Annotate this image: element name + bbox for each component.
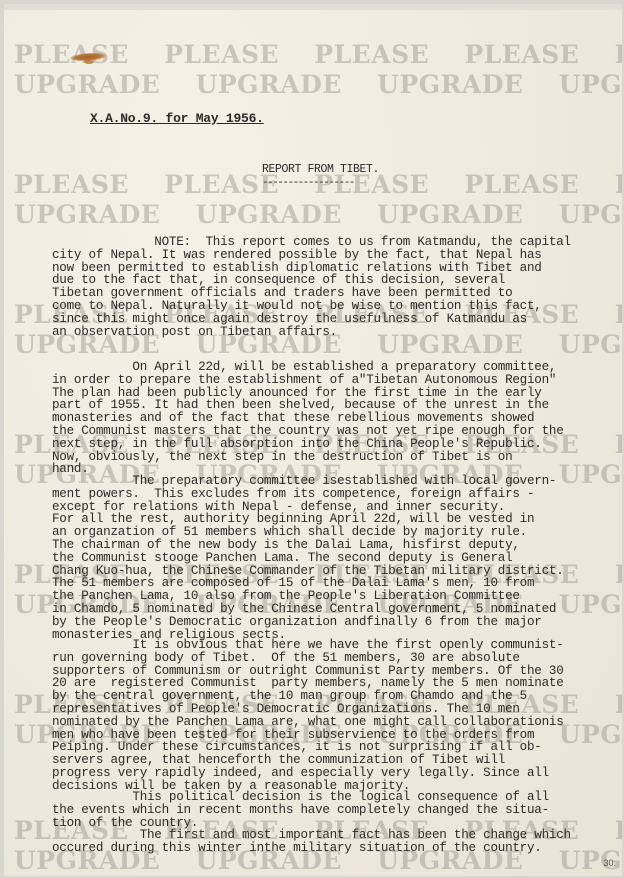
document-reference: X.A.No.9. for May 1956. <box>90 113 264 126</box>
text-line: This political decision is the logical c… <box>52 791 549 804</box>
watermark-line: UPGRADE UPGRADE UPGRADE UPGRADE UPGRADE <box>14 70 622 99</box>
paragraph-communist-run: It is obvious that here we have the firs… <box>52 639 564 793</box>
text-line: city of Nepal. It was rendered possible … <box>52 249 571 262</box>
paragraph-political-decision: This political decision is the logical c… <box>52 791 549 829</box>
text-line: the Communist stooge Panchen Lama. The s… <box>52 552 564 565</box>
text-line: in order to prepare the establishment of… <box>52 374 564 387</box>
text-line: The chairman of the new body is the Dala… <box>52 539 564 552</box>
text-line: in Chamdo, 5 nominated by the Chinese Ce… <box>52 603 564 616</box>
document-title: REPORT FROM TIBET. <box>262 164 379 177</box>
title-underline: ------------------ <box>262 177 354 190</box>
paragraph-note: NOTE: This report comes to us from Katma… <box>52 236 571 338</box>
text-line: progress very rapidly indeed, and especi… <box>52 767 564 780</box>
text-line: the events which in recent months have c… <box>52 804 549 817</box>
document-page: PLEASE PLEASE PLEASE PLEASE PLEASE UPGRA… <box>4 4 622 876</box>
text-line: representatives of People's Democratic O… <box>52 703 564 716</box>
text-line: since this might once again destroy the … <box>52 313 571 326</box>
text-line: It is obvious that here we have the firs… <box>52 639 564 652</box>
paragraph-military-situation: The first and most important fact has be… <box>52 829 571 855</box>
text-line: ment powers. This excludes from its comp… <box>52 488 564 501</box>
text-line: occured during this winter inthe militar… <box>52 842 571 855</box>
text-line: Now, obviously, the next step in the des… <box>52 451 564 464</box>
text-line: next step, in the full absorption into t… <box>52 438 564 451</box>
text-line: The preparatory committee isestablished … <box>52 475 564 488</box>
paper-stain <box>84 60 94 64</box>
text-line: the Communist masters that the country w… <box>52 425 564 438</box>
text-line: nominated by the Panchen Lama are, what … <box>52 716 564 729</box>
text-line: come to Nepal. Naturally it would not be… <box>52 300 571 313</box>
page-top-edge <box>4 4 622 10</box>
paragraph-april-committee: On April 22d, will be established a prep… <box>52 361 564 476</box>
page-number: 30. <box>603 858 616 868</box>
text-line: an observation post on Tibetan affairs. <box>52 326 571 339</box>
text-line: NOTE: This report comes to us from Katma… <box>52 236 571 249</box>
paragraph-committee-powers: The preparatory committee isestablished … <box>52 475 564 641</box>
text-line: run governing body of Tibet. Of the 51 m… <box>52 652 564 665</box>
watermark-line: UPGRADE UPGRADE UPGRADE UPGRADE UPGRADE <box>14 200 622 229</box>
text-line: The first and most important fact has be… <box>52 829 571 842</box>
text-line: by the People's Democratic organization … <box>52 616 564 629</box>
text-line: On April 22d, will be established a prep… <box>52 361 564 374</box>
